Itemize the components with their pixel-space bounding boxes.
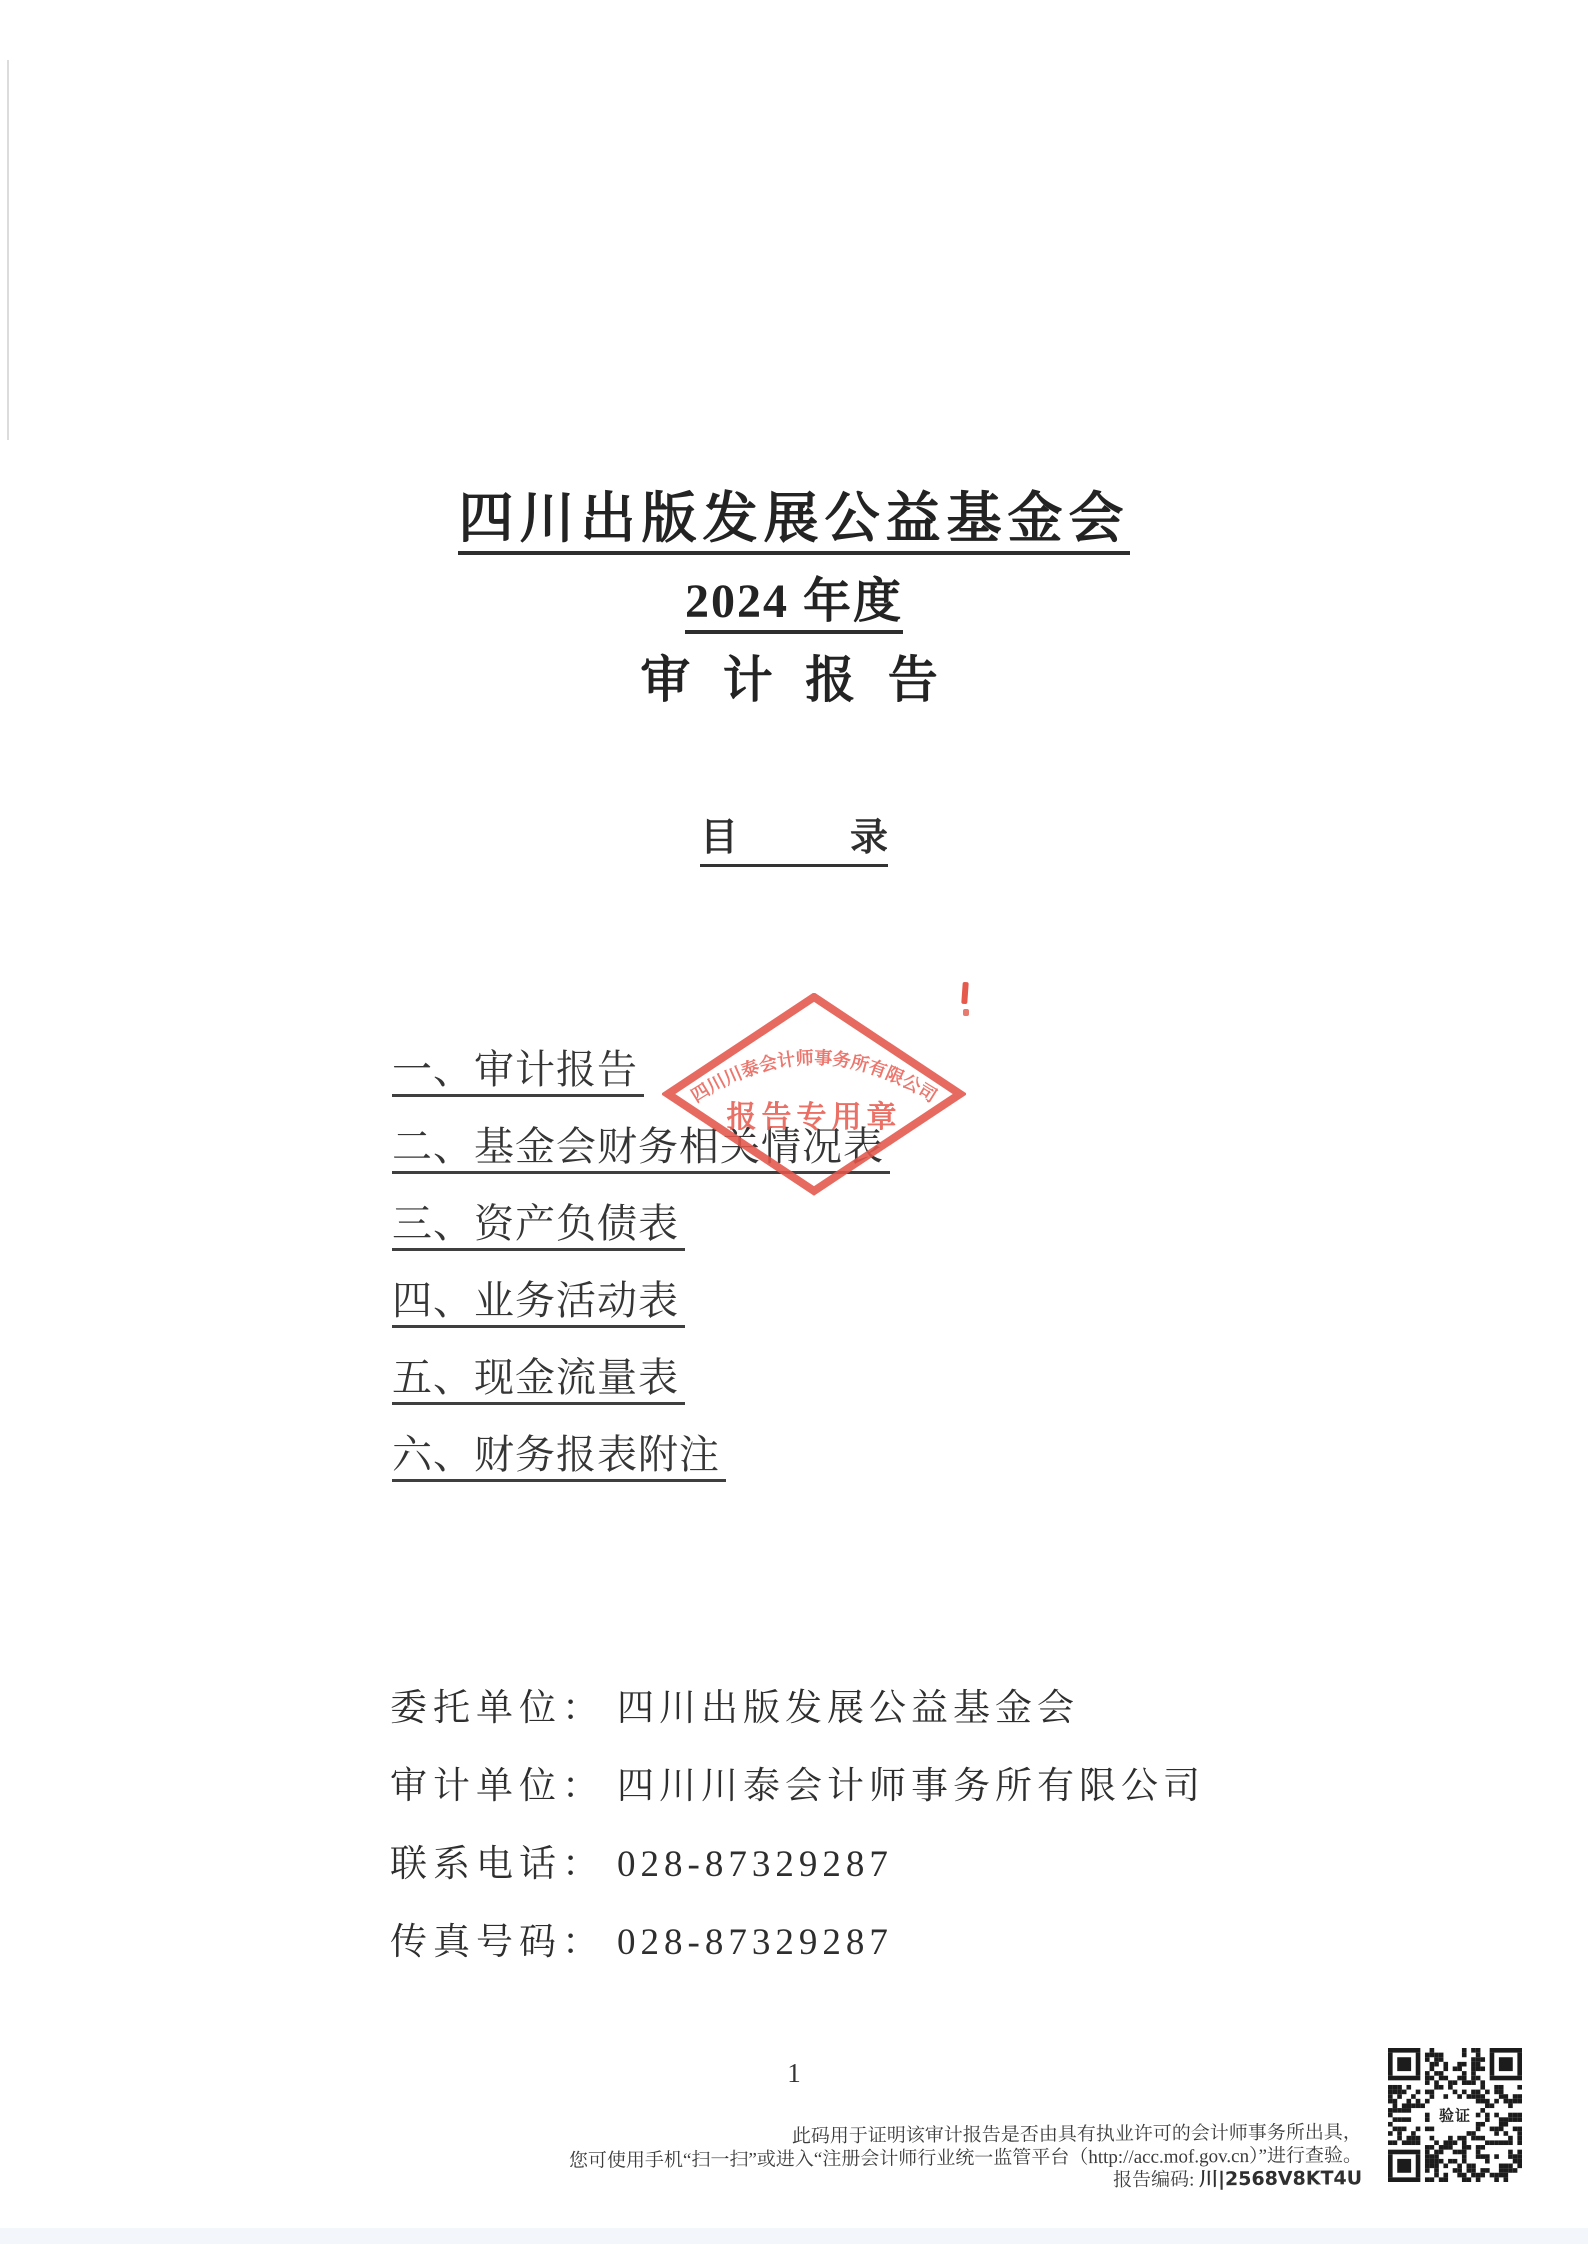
info-value: 四川川泰会计师事务所有限公司 xyxy=(617,1768,1205,1806)
toc-list: 一、审计报告 二、基金会财务相关情况表 三、资产负债表 四、业务活动表 五、现金… xyxy=(392,1046,890,1508)
audit-report-cover-page: 四川出版发展公益基金会 2024 年度 审 计 报 告 目录 一、审计报告 二、… xyxy=(0,0,1588,2244)
qr-center-label: 验证 xyxy=(1435,2103,1475,2128)
toc-item-3: 三、资产负债表 xyxy=(392,1200,890,1248)
info-label: 委托单位： xyxy=(390,1690,617,1728)
toc-heading-right-char: 录 xyxy=(850,817,888,859)
toc-item-1: 一、审计报告 xyxy=(392,1046,890,1094)
info-row-fax: 传真号码： 028-87329287 xyxy=(390,1924,1205,1962)
stamp-stray-ink-mark xyxy=(961,982,969,1016)
info-label: 传真号码： xyxy=(390,1924,617,1962)
toc-heading-left-char: 目 xyxy=(700,817,738,859)
info-row-auditor: 审计单位： 四川川泰会计师事务所有限公司 xyxy=(390,1768,1205,1806)
toc-item-6: 六、财务报表附注 xyxy=(392,1431,890,1479)
info-label: 审计单位： xyxy=(390,1768,617,1806)
scan-artifact-bottom-tint xyxy=(0,2228,1588,2244)
page-number: 1 xyxy=(0,2058,1588,2089)
report-code-label: 报告编码: xyxy=(1113,2169,1199,2191)
info-row-client: 委托单位： 四川出版发展公益基金会 xyxy=(390,1690,1205,1728)
report-title-type: 审 计 报 告 xyxy=(0,640,1588,712)
verification-qr-code: 验证 xyxy=(1388,2048,1522,2182)
info-block: 委托单位： 四川出版发展公益基金会 审计单位： 四川川泰会计师事务所有限公司 联… xyxy=(390,1690,1205,2002)
toc-heading: 目录 xyxy=(0,806,1588,867)
footer-verification-note: 此码用于证明该审计报告是否由具有执业许可的会计师事务所出具， 您可使用手机“扫一… xyxy=(569,2121,1362,2196)
info-value: 028-87329287 xyxy=(617,1846,893,1884)
report-title-year: 2024 年度 xyxy=(0,562,1588,631)
toc-item-2: 二、基金会财务相关情况表 xyxy=(392,1123,890,1171)
info-row-phone: 联系电话： 028-87329287 xyxy=(390,1846,1205,1884)
scan-artifact-left-edge xyxy=(7,60,9,440)
report-title-organization: 四川出版发展公益基金会 xyxy=(0,474,1588,553)
toc-item-4: 四、业务活动表 xyxy=(392,1277,890,1325)
info-value: 028-87329287 xyxy=(617,1924,893,1962)
info-label: 联系电话： xyxy=(390,1846,617,1884)
report-code-value: 川|2568V8KT4U xyxy=(1199,2167,1362,2190)
toc-item-5: 五、现金流量表 xyxy=(392,1354,890,1402)
info-value: 四川出版发展公益基金会 xyxy=(617,1690,1079,1728)
